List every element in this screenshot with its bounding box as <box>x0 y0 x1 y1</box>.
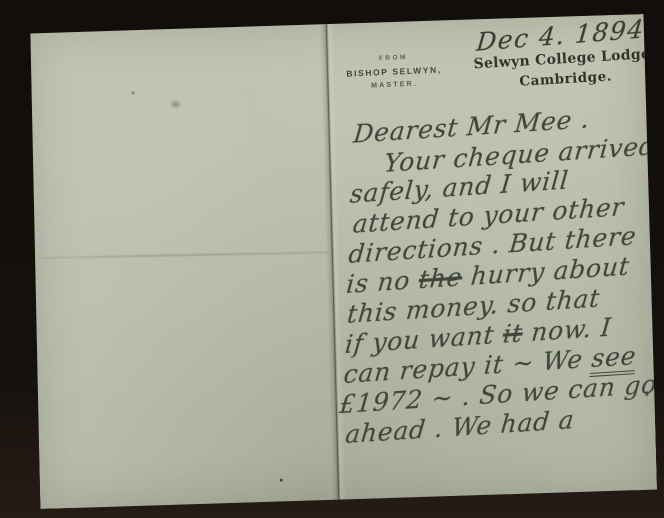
paper-crease <box>38 251 328 259</box>
letter-sheet: FROM BISHOP SELWYN, MASTER. Dec 4. 1894 … <box>28 14 657 509</box>
letterhead-from-word: FROM <box>334 52 452 64</box>
letterhead-from-block: FROM BISHOP SELWYN, MASTER. <box>334 52 453 91</box>
ink-speck <box>131 91 134 94</box>
letterhead-sender-name: BISHOP SELWYN, <box>335 64 453 79</box>
photo-backdrop: FROM BISHOP SELWYN, MASTER. Dec 4. 1894 … <box>0 0 664 518</box>
struck-word: the <box>418 262 464 294</box>
ink-smudge <box>170 100 182 108</box>
letterhead-sender-title: MASTER. <box>336 79 454 91</box>
letter-body: Dearest Mr Mee . Your cheque arrived saf… <box>330 112 664 451</box>
ink-speck <box>280 479 283 482</box>
